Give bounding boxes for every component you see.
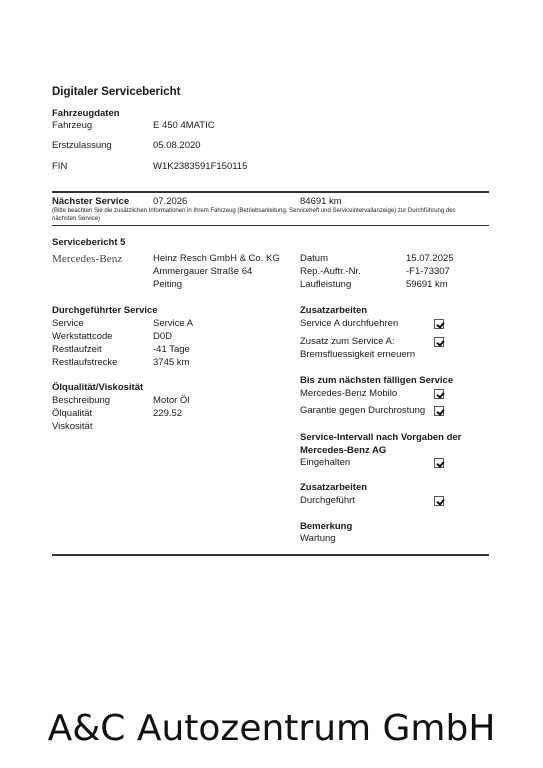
dealer-street: Ammergauer Straße 64 — [153, 266, 252, 277]
vehicle-data-heading: Fahrzeugdaten — [52, 108, 120, 119]
service-interval-heading-2: Mercedes-Benz AG — [300, 445, 386, 456]
until-next-service-heading: Bis zum nächsten fälligen Service — [300, 375, 453, 386]
mileage-label: Laufleistung — [300, 279, 351, 290]
dealer-city: Peiting — [153, 279, 182, 290]
vin-value: W1K2383591F150115 — [153, 161, 247, 172]
additional-work-2-heading: Zusatzarbeiten — [300, 482, 367, 493]
service-value: Service A — [153, 318, 193, 329]
date-value: 15.07.2025 — [406, 253, 454, 264]
mobilo-label: Mercedes-Benz Mobilo — [300, 388, 397, 399]
first-registration-label: Erstzulassung — [52, 140, 112, 151]
dealer-name: Heinz Resch GmbH & Co. KG — [153, 253, 280, 264]
vehicle-label: Fahrzeug — [52, 120, 92, 131]
service-interval-heading: Service-Intervall nach Vorgaben der — [300, 432, 461, 443]
workshop-code-value: D0D — [153, 331, 172, 342]
next-service-note: (Bitte beachten Sie die zusätzlichen Inf… — [52, 208, 472, 223]
date-label: Datum — [300, 253, 328, 264]
additional-work-heading: Zusatzarbeiten — [300, 305, 367, 316]
oil-description-label: Beschreibung — [52, 395, 110, 406]
next-service-mileage: 84691 km — [300, 196, 342, 207]
company-footer: A&C Autozentrum GmbH — [0, 708, 543, 749]
checkbox-checked-icon — [434, 319, 444, 329]
remark-text: Wartung — [300, 533, 336, 544]
checkbox-checked-icon — [434, 406, 444, 416]
divider-bottom — [52, 554, 489, 556]
service-report-heading: Servicebericht 5 — [52, 237, 125, 248]
additional-work-item-label: Service A durchfuehren — [300, 318, 398, 329]
next-service-date: 07.2026 — [153, 196, 187, 207]
workshop-code-label: Werkstattcode — [52, 331, 113, 342]
brand-logo-text: Mercedes-Benz — [52, 253, 122, 265]
service-label: Service — [52, 318, 84, 329]
checkbox-checked-icon — [434, 337, 444, 347]
first-registration-value: 05.08.2020 — [153, 140, 201, 151]
remaining-distance-label: Restlaufstrecke — [52, 357, 117, 368]
viscosity-label: Viskosität — [52, 421, 92, 432]
order-number-value: -F1-73307 — [406, 266, 450, 277]
oil-description-value: Motor Öl — [153, 395, 189, 406]
checkbox-checked-icon — [434, 496, 444, 506]
checkbox-checked-icon — [434, 458, 444, 468]
vehicle-value: E 450 4MATIC — [153, 120, 215, 131]
oil-quality-label: Ölqualität — [52, 408, 92, 419]
mileage-value: 59691 km — [406, 279, 448, 290]
oil-heading: Ölqualität/Viskosität — [52, 382, 143, 393]
remaining-distance-value: 3745 km — [153, 357, 189, 368]
additional-work-done-label: Durchgeführt — [300, 495, 355, 506]
divider-next-service — [52, 225, 489, 226]
rust-warranty-label: Garantie gegen Durchrostung — [300, 405, 425, 416]
vin-label: FIN — [52, 161, 67, 172]
divider-top — [52, 191, 489, 193]
checkbox-checked-icon — [434, 389, 444, 399]
performed-service-heading: Durchgeführter Service — [52, 305, 158, 316]
additional-work-item-label: Zusatz zum Service A: — [300, 336, 395, 347]
report-title: Digitaler Servicebericht — [52, 86, 180, 98]
interval-kept-label: Eingehalten — [300, 457, 350, 468]
remaining-time-label: Restlaufzeit — [52, 344, 102, 355]
remark-heading: Bemerkung — [300, 521, 352, 532]
remaining-time-value: -41 Tage — [153, 344, 190, 355]
order-number-label: Rep.-Auftr.-Nr. — [300, 266, 361, 277]
oil-quality-value: 229.52 — [153, 408, 182, 419]
next-service-label: Nächster Service — [52, 196, 129, 207]
additional-work-item-label-2: Bremsfluessigkeit erneuern — [300, 349, 415, 360]
